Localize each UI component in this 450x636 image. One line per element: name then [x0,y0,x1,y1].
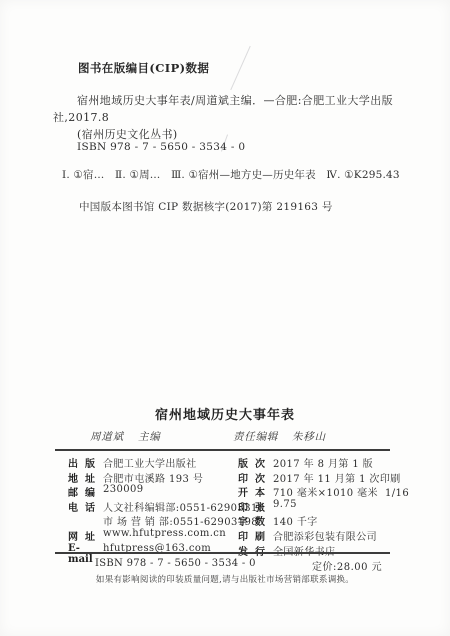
colophon-right-column: 版次2017 年 8 月第 1 版 印次2017 年 11 月第 1 次印刷 开… [238,455,409,557]
colophon-row: 电话人文社科编辑部:0551-62903310 [68,499,265,514]
row-value: 市 场 营 销 部:0551-62903198 [103,513,258,528]
row-label: 印张 [238,499,265,514]
cip-classification: Ⅰ. ①宿… Ⅱ. ①周… Ⅲ. ①宿州—地方史—历史年表 Ⅳ. ①K295.4… [62,167,400,182]
book-copyright-page: 图书在版编目(CIP)数据 宿州地域历史大事年表/周道斌主编．—合肥:合肥工业大… [0,0,450,636]
row-value: 合肥市屯溪路 193 号 [103,470,203,485]
row-label: 电话 [68,499,95,514]
cip-record-number: 中国版本图书馆 CIP 数据核字(2017)第 219163 号 [79,199,333,214]
colophon-row: 市 场 营 销 部:0551-62903198 [68,513,265,528]
colophon-row: 邮编230009 [68,484,265,499]
cip-entry-line1: 宿州地域历史大事年表/周道斌主编．—合肥:合肥工业大学出版 [77,92,393,108]
page-title: 宿州地域历史大事年表 [0,404,450,423]
row-value: 140 千字 [273,513,318,528]
row-label: 字数 [238,513,265,528]
row-label: 版次 [238,455,265,470]
cip-header: 图书在版编目(CIP)数据 [78,60,209,76]
colophon-row: 网址www.hfutpress.com.cn [68,528,265,543]
row-label: 网址 [68,528,95,543]
colophon-row: 发行全国新华书店 [238,543,409,558]
row-label: E-mail [68,543,95,565]
divider-bottom [55,552,390,554]
row-label: 出版 [68,455,95,470]
quality-footnote: 如果有影响阅读的印装质量问题,请与出版社市场营销部联系调换。 [0,573,450,585]
colophon-row: 印次2017 年 11 月第 1 次印刷 [238,470,409,485]
editor-role: 主编 [138,429,161,444]
row-label: 邮编 [68,484,95,499]
colophon-row: 版次2017 年 8 月第 1 版 [238,455,409,470]
colophon-row: E-mailhfutpress@163.com [68,543,265,558]
colophon-row: 印刷合肥添彩包装有限公司 [238,528,409,543]
divider-top [55,449,390,451]
row-label: 开本 [238,484,265,499]
price: 定价:28.00 元 [312,558,382,573]
colophon-row: 出版合肥工业大学出版社 [68,455,265,470]
row-value: 合肥工业大学出版社 [103,455,197,470]
colophon-row: 开本710 毫米×1010 毫米 1/16 [238,484,409,499]
row-value: 230009 [103,484,144,495]
editor-name: 周道斌 [90,429,124,444]
row-value: 710 毫米×1010 毫米 1/16 [273,484,409,499]
cip-series: (宿州历史文化丛书) [77,126,178,142]
row-value: www.hfutpress.com.cn [103,528,226,539]
row-label: 地址 [68,470,95,485]
row-value: 全国新华书店 [273,543,335,558]
isbn-bottom: ISBN 978 - 7 - 5650 - 3534 - 0 [95,558,256,569]
colophon-row: 地址合肥市屯溪路 193 号 [68,470,265,485]
colophon-row: 字数140 千字 [238,513,409,528]
row-value: 9.75 [273,499,297,510]
row-label: 印刷 [238,528,265,543]
row-value: 2017 年 11 月第 1 次印刷 [273,470,401,485]
row-label: 印次 [238,470,265,485]
cip-entry-line2: 社,2017.8 [53,109,109,125]
row-value: 2017 年 8 月第 1 版 [273,455,373,470]
responsible-editor-name: 朱移山 [292,429,326,444]
colophon-left-column: 出版合肥工业大学出版社 地址合肥市屯溪路 193 号 邮编230009 电话人文… [68,455,265,557]
scan-artifact [230,46,250,90]
row-value: 合肥添彩包装有限公司 [273,528,377,543]
row-label: 发行 [238,543,265,558]
responsible-editor-label: 责任编辑 [233,429,278,444]
colophon-row: 印张9.75 [238,499,409,514]
